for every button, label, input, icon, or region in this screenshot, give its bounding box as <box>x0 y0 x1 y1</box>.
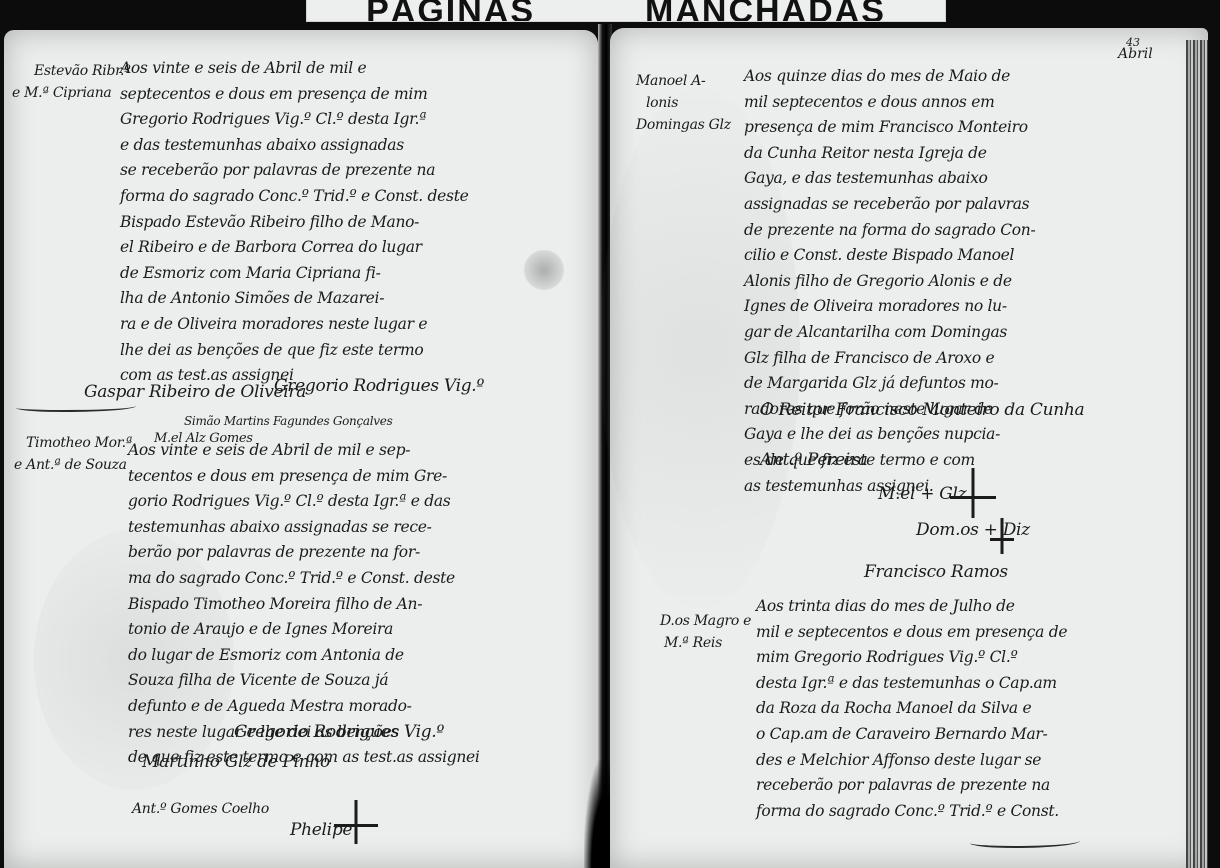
margin-note-entry-2: Timotheo Mor.ª e Ant.ª de Souza <box>26 432 132 476</box>
text-line: receberão por palavras de prezente na <box>756 773 1067 799</box>
text-line: desta Igr.ª e das testemunhas o Cap.am <box>756 671 1067 697</box>
signature: Gregorio Rodrigues Vig.º <box>234 722 444 742</box>
text-line: ra e de Oliveira moradores neste lugar e <box>120 312 469 338</box>
book-page-edges <box>1186 40 1208 868</box>
text-line: tonio de Araujo e de Ignes Moreira <box>128 617 480 643</box>
margin-note-line: e Ant.ª de Souza <box>14 454 132 476</box>
margin-note-line: M.ª Reis <box>664 632 751 654</box>
text-line: mim Gregorio Rodrigues Vig.º Cl.º <box>756 645 1067 671</box>
text-line: gorio Rodrigues Vig.º Cl.º desta Igr.ª e… <box>128 489 480 515</box>
text-line: gar de Alcantarilha com Domingas <box>744 320 1035 346</box>
text-line: presença de mim Francisco Monteiro <box>744 115 1035 141</box>
text-line: o Cap.am de Caraveiro Bernardo Mar- <box>756 722 1067 748</box>
signature: Francisco Ramos <box>864 562 1008 582</box>
text-line: septecentos e dous em presença de mim <box>120 82 469 108</box>
right-page: 43 Abril Manoel A- lonis Domingas Glz Ao… <box>610 28 1208 868</box>
label-word-2: MANCHADAS <box>645 0 886 22</box>
separator-flourish <box>16 402 136 412</box>
text-line: testemunhas abaixo assignadas se rece- <box>128 515 480 541</box>
left-page: Estevão Ribr.º e M.ª Cipriana Aos vinte … <box>4 30 598 868</box>
margin-note-entry-3: Manoel A- lonis Domingas Glz <box>636 70 731 136</box>
microfilm-label-card: PÁGINAS MANCHADAS <box>306 0 946 22</box>
signature: O Reitor Francisco Monteiro da Cunha <box>760 400 1084 420</box>
margin-note-line: lonis <box>646 92 731 114</box>
signature: Martinho Glz de Pinho <box>142 752 330 772</box>
margin-note-line: Manoel A- <box>636 70 731 92</box>
text-line: Bispado Timotheo Moreira filho de An- <box>128 592 480 618</box>
margin-note-line: e M.ª Cipriana <box>12 82 130 104</box>
text-line: lha de Antonio Simões de Mazarei- <box>120 286 469 312</box>
signature: Gregorio Rodrigues Vig.º <box>274 376 484 396</box>
text-line: e das testemunhas abaixo assignadas <box>120 133 469 159</box>
text-line: Bispado Estevão Ribeiro filho de Mano- <box>120 210 469 236</box>
text-line: Aos vinte e seis de Abril de mil e sep- <box>128 438 480 464</box>
text-line: da Cunha Reitor nesta Igreja de <box>744 141 1035 167</box>
signature: Ant.º Pereira <box>760 450 868 470</box>
entry-4-text: Aos trinta dias do mes de Julho de mil e… <box>756 594 1067 824</box>
label-word-1: PÁGINAS <box>366 0 535 22</box>
text-line: da Roza da Rocha Manoel da Silva e <box>756 696 1067 722</box>
text-line: Aos trinta dias do mes de Julho de <box>756 594 1067 620</box>
margin-note-line: Estevão Ribr.º <box>34 60 130 82</box>
text-line: de Margarida Glz já defuntos mo- <box>744 371 1035 397</box>
text-line: berão por palavras de prezente na for- <box>128 540 480 566</box>
text-line: tecentos e dous em presença de mim Gre- <box>128 464 480 490</box>
entry-2-text: Aos vinte e seis de Abril de mil e sep- … <box>128 438 480 771</box>
text-line: Souza filha de Vicente de Souza já <box>128 668 480 694</box>
margin-note-entry-1: Estevão Ribr.º e M.ª Cipriana <box>34 60 130 104</box>
text-line: forma do sagrado Conc.º Trid.º e Const. … <box>120 184 469 210</box>
margin-note-line: Timotheo Mor.ª <box>26 432 132 454</box>
text-line: ma do sagrado Conc.º Trid.º e Const. des… <box>128 566 480 592</box>
text-line: lhe dei as benções de que fiz este termo <box>120 338 469 364</box>
signature: Gaspar Ribeiro de Oliveira <box>84 382 306 402</box>
folio-note: Abril <box>1118 46 1153 62</box>
text-line: mil e septecentos e dous em presença de <box>756 620 1067 646</box>
page-stain <box>524 250 564 290</box>
closing-flourish <box>970 836 1080 848</box>
text-line: forma do sagrado Conc.º Trid.º e Const. <box>756 799 1067 825</box>
text-line: cilio e Const. deste Bispado Manoel <box>744 243 1035 269</box>
text-line: Ignes de Oliveira moradores no lu- <box>744 294 1035 320</box>
text-line: de prezente na forma do sagrado Con- <box>744 218 1035 244</box>
signature: Ant.º Gomes Coelho <box>132 798 269 820</box>
text-line: mil septecentos e dous annos em <box>744 90 1035 116</box>
signature-cross-mark <box>950 468 996 518</box>
margin-note-entry-4: D.os Magro e M.ª Reis <box>660 610 751 654</box>
signature-cross-mark <box>334 800 378 844</box>
entry-3-text: Aos quinze dias do mes de Maio de mil se… <box>744 64 1035 499</box>
text-line: defunto e de Agueda Mestra morado- <box>128 694 480 720</box>
text-line: assignadas se receberão por palavras <box>744 192 1035 218</box>
text-line: Gaya e lhe dei as benções nupcia- <box>744 422 1035 448</box>
text-line: Alonis filho de Gregorio Alonis e de <box>744 269 1035 295</box>
margin-note-line: Domingas Glz <box>636 114 731 136</box>
text-line: Aos vinte e seis de Abril de mil e <box>120 56 469 82</box>
text-line: des e Melchior Affonso deste lugar se <box>756 748 1067 774</box>
text-line: Gregorio Rodrigues Vig.º Cl.º desta Igr.… <box>120 107 469 133</box>
text-line: de Esmoriz com Maria Cipriana fi- <box>120 261 469 287</box>
entry-1-text: Aos vinte e seis de Abril de mil e septe… <box>120 56 469 389</box>
text-line: Aos quinze dias do mes de Maio de <box>744 64 1035 90</box>
signature-cross-mark <box>990 518 1014 554</box>
text-line: do lugar de Esmoriz com Antonia de <box>128 643 480 669</box>
text-line: se receberão por palavras de prezente na <box>120 158 469 184</box>
text-line: Gaya, e das testemunhas abaixo <box>744 166 1035 192</box>
text-line: el Ribeiro e de Barbora Correa do lugar <box>120 235 469 261</box>
margin-note-line: D.os Magro e <box>660 610 751 632</box>
text-line: Glz filha de Francisco de Aroxo e <box>744 346 1035 372</box>
